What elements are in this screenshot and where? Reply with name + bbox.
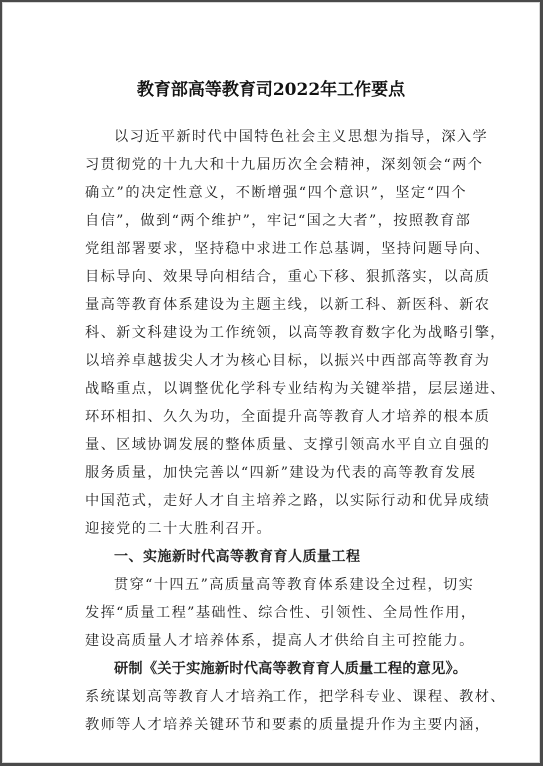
text-line: 习贯彻党的十九大和十九届历次全会精神，深刻领会“两个 bbox=[85, 151, 467, 179]
text-line: 以习近平新时代中国特色社会主义思想为指导，深入学 bbox=[85, 123, 467, 151]
text-line: 贯穿“十四五”高质量高等教育体系建设全过程，切实 bbox=[85, 571, 467, 599]
text-line: 建设高质量人才培养体系，提高人才供给自主可控能力。 bbox=[85, 627, 467, 655]
text-line: 目标导向、效果导向相结合，重心下移、狠抓落实，以高质 bbox=[85, 263, 467, 291]
document-page: 教育部高等教育司2022年工作要点 以习近平新时代中国特色社会主义思想为指导，深… bbox=[2, 2, 540, 763]
text-line: 以培养卓越拔尖人才为核心目标，以振兴中西部高等教育为 bbox=[85, 347, 467, 375]
page-number: 1 bbox=[2, 692, 540, 705]
document-title: 教育部高等教育司2022年工作要点 bbox=[2, 75, 540, 100]
document-body: 以习近平新时代中国特色社会主义思想为指导，深入学 习贯彻党的十九大和十九届历次全… bbox=[85, 123, 467, 739]
text-line: 量高等教育体系建设为主题主线，以新工科、新医科、新农 bbox=[85, 291, 467, 319]
text-line: 量、区域协调发展的整体质量、支撑引领高水平自立自强的 bbox=[85, 431, 467, 459]
section-heading: 一、实施新时代高等教育育人质量工程 bbox=[85, 543, 467, 571]
text-line: 确立”的决定性意义，不断增强“四个意识”，坚定“四个 bbox=[85, 179, 467, 207]
text-line: 教师等人才培养关键环节和要素的质量提升作为主要内涵， bbox=[85, 711, 467, 739]
text-line: 环环相扣、久久为功，全面提升高等教育人才培养的根本质 bbox=[85, 403, 467, 431]
text-line: 发挥“质量工程”基础性、综合性、引领性、全局性作用， bbox=[85, 599, 467, 627]
text-line: 党组部署要求，坚持稳中求进工作总基调，坚持问题导向、 bbox=[85, 235, 467, 263]
bold-subheading: 研制《关于实施新时代高等教育育人质量工程的意见》。 bbox=[85, 655, 467, 683]
text-line: 战略重点，以调整优化学科专业结构为关键举措，层层递进、 bbox=[85, 375, 467, 403]
text-line: 迎接党的二十大胜利召开。 bbox=[85, 515, 467, 543]
text-line: 中国范式，走好人才自主培养之路，以实际行动和优异成绩 bbox=[85, 487, 467, 515]
text-line: 自信”，做到“两个维护”，牢记“国之大者”，按照教育部 bbox=[85, 207, 467, 235]
text-line: 服务质量，加快完善以“四新”建设为代表的高等教育发展 bbox=[85, 459, 467, 487]
text-line: 科、新文科建设为工作统领，以高等教育数字化为战略引擎， bbox=[85, 319, 467, 347]
